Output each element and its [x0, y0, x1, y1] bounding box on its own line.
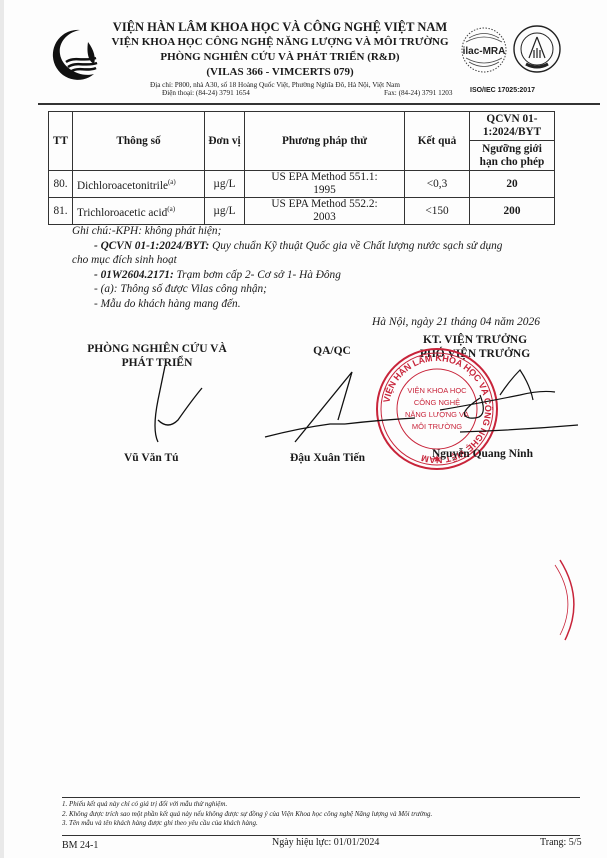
svg-text:CÔNG NGHỆ: CÔNG NGHỆ — [414, 398, 460, 407]
cell-parameter: Dichloroacetonitrile(a) — [73, 171, 205, 198]
signer-left-name: Vũ Văn Tú — [124, 452, 179, 464]
iso-standard-label: ISO/IEC 17025:2017 — [470, 87, 535, 94]
sign-date: Hà Nội, ngày 21 tháng 04 năm 2026 — [372, 316, 540, 328]
signer-mid-name: Đậu Xuân Tiến — [290, 452, 365, 464]
institute-logo-icon — [50, 28, 102, 80]
footer-divider-top — [62, 797, 580, 798]
cell-result: <0,3 — [405, 171, 470, 198]
footer-notes: 1. Phiếu kết quả này chỉ có giá trị đối … — [62, 800, 432, 829]
header-divider — [38, 103, 600, 105]
cell-method: US EPA Method 551.1:1995 — [245, 171, 405, 198]
col-header-parameter: Thông số — [73, 112, 205, 171]
table-row: 81. Trichloroacetic acid(a) µg/L US EPA … — [49, 198, 555, 225]
results-table: TT Thông số Đơn vị Phương pháp thử Kết q… — [48, 111, 555, 225]
signature-left-icon — [155, 366, 202, 442]
svg-text:NĂNG LƯỢNG VÀ: NĂNG LƯỢNG VÀ — [405, 410, 469, 419]
signer-mid-title: QA/QC — [302, 345, 362, 359]
effective-date: Ngày hiệu lực: 01/01/2024 — [272, 837, 379, 848]
svg-text:VIỆN KHOA HỌC: VIỆN KHOA HỌC — [407, 386, 467, 395]
header-address: Địa chỉ: P800, nhà A30, số 18 Hoàng Quốc… — [150, 81, 400, 89]
footer-divider-bottom — [62, 835, 580, 836]
page-number: Trang: 5/5 — [540, 837, 582, 848]
cell-method: US EPA Method 552.2:2003 — [245, 198, 405, 225]
form-code: BM 24-1 — [62, 840, 98, 851]
cell-result: <150 — [405, 198, 470, 225]
svg-text:MÔI TRƯỜNG: MÔI TRƯỜNG — [412, 422, 462, 431]
header-department: PHÒNG NGHIÊN CỨU VÀ PHÁT TRIỂN (R&D) — [110, 51, 450, 63]
header-institute: VIỆN KHOA HỌC CÔNG NGHỆ NĂNG LƯỢNG VÀ MÔ… — [110, 36, 450, 48]
signer-right-title: KT. VIỆN TRƯỞNGPHÓ VIỆN TRƯỞNG — [400, 334, 550, 361]
note-vilas: - (a): Thông số được Vilas công nhận; — [72, 282, 502, 297]
col-header-limit: Ngưỡng giới hạn cho phép — [470, 141, 555, 171]
scan-edge-shadow — [0, 0, 4, 858]
notes-section: Ghi chú:-KPH: không phát hiện; - QCVN 01… — [72, 224, 502, 311]
cell-parameter: Trichloroacetic acid(a) — [73, 198, 205, 225]
signer-right-name: Nguyễn Quang Ninh — [432, 448, 533, 460]
col-header-standard: QCVN 01-1:2024/BYT — [470, 112, 555, 141]
svg-text:ilac-MRA: ilac-MRA — [463, 46, 506, 57]
cell-tt: 81. — [49, 198, 73, 225]
signature-mid-icon — [265, 372, 415, 442]
header-academy: VIỆN HÀN LÂM KHOA HỌC VÀ CÔNG NGHỆ VIỆT … — [110, 20, 450, 35]
accreditation-bureau-logo-icon — [512, 24, 562, 74]
footer-note-3: 3. Tên mẫu và tên khách hàng được ghi th… — [62, 819, 432, 829]
cell-tt: 80. — [49, 171, 73, 198]
col-header-method: Phương pháp thử — [245, 112, 405, 171]
note-kph: Ghi chú:-KPH: không phát hiện; — [72, 224, 502, 239]
note-qcvn-cont: cho mục đích sinh hoạt — [72, 253, 502, 268]
col-header-unit: Đơn vị — [205, 112, 245, 171]
col-header-result: Kết quả — [405, 112, 470, 171]
note-qcvn: - QCVN 01-1:2024/BYT: Quy chuẩn Kỹ thuật… — [72, 239, 502, 254]
header-fax: Fax: (84-24) 3791 1203 — [384, 89, 452, 97]
ilac-mra-logo-icon: ilac-MRA — [460, 26, 508, 74]
signer-left-title: PHÒNG NGHIÊN CỨU VÀPHÁT TRIỂN — [82, 343, 232, 370]
cell-limit: 200 — [470, 198, 555, 225]
note-sample-code: - 01W2604.2171: Trạm bơm cấp 2- Cơ sở 1-… — [72, 268, 502, 283]
header-phone: Điện thoại: (84-24) 3791 1654 — [162, 89, 250, 97]
note-sample-source: - Mẫu do khách hàng mang đến. — [72, 297, 502, 312]
partial-stamp-icon — [560, 560, 574, 640]
table-row: 80. Dichloroacetonitrile(a) µg/L US EPA … — [49, 171, 555, 198]
footer-note-1: 1. Phiếu kết quả này chỉ có giá trị đối … — [62, 800, 432, 810]
cell-limit: 20 — [470, 171, 555, 198]
cell-unit: µg/L — [205, 198, 245, 225]
header-certifications: (VILAS 366 - VIMCERTS 079) — [110, 66, 450, 78]
signature-right-icon — [440, 370, 578, 432]
cell-unit: µg/L — [205, 171, 245, 198]
col-header-tt: TT — [49, 112, 73, 171]
footer-note-2: 2. Không được trích sao một phần kết quả… — [62, 810, 432, 820]
